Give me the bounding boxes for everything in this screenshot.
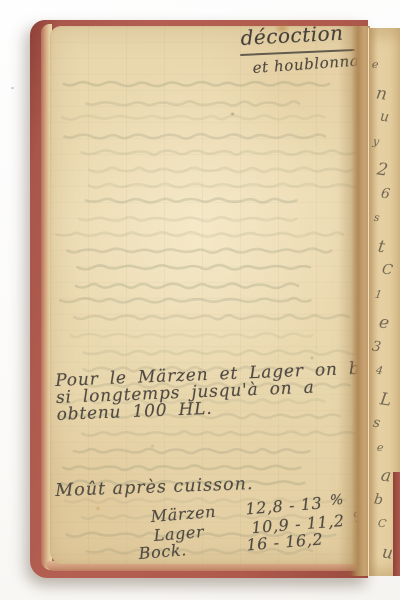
gutter-shadow [338, 26, 370, 576]
stain [150, 444, 155, 448]
adjacent-page-fragment: n [375, 83, 389, 104]
adjacent-page-fragment: t [377, 236, 387, 257]
stain [230, 112, 235, 116]
adjacent-page-fragment: 1 [374, 287, 383, 301]
beer-name: Bock. [138, 540, 187, 563]
heading-title: décoction [240, 21, 344, 50]
notebook-page: décoction et houblonnage Pour le Märzen … [50, 26, 360, 564]
adjacent-page-fragment: y [372, 134, 380, 148]
photo-backdrop: décoction et houblonnage Pour le Märzen … [0, 0, 400, 600]
adjacent-cover-sliver [393, 472, 400, 576]
adjacent-page-fragment: 2 [376, 159, 390, 180]
adjacent-page-fragment: C [377, 516, 387, 530]
heading: décoction et houblonnage [240, 26, 343, 50]
adjacent-page-fragment: b [373, 491, 384, 508]
adjacent-page-fragment: 3 [371, 338, 382, 355]
adjacent-page-fragment: 4 [375, 364, 384, 378]
adjacent-page-fragment: e [376, 440, 384, 454]
stain [95, 506, 101, 511]
adjacent-page-fragment: s [372, 415, 381, 432]
adjacent-page-fragment: C [381, 261, 394, 278]
adjacent-page-fragment: s [373, 211, 380, 225]
adjacent-page-fragment: e [371, 58, 379, 72]
section-title: Moût après cuisson. [55, 474, 254, 501]
adjacent-page-fragment: u [379, 108, 390, 125]
adjacent-page-fragment: e [378, 312, 391, 333]
adjacent-page-fragment: L [379, 389, 393, 410]
stain [310, 356, 314, 360]
adjacent-page-fragment: 6 [380, 185, 391, 202]
adjacent-page-fragment: a [380, 465, 393, 486]
notebook: décoction et houblonnage Pour le Märzen … [0, 0, 400, 600]
